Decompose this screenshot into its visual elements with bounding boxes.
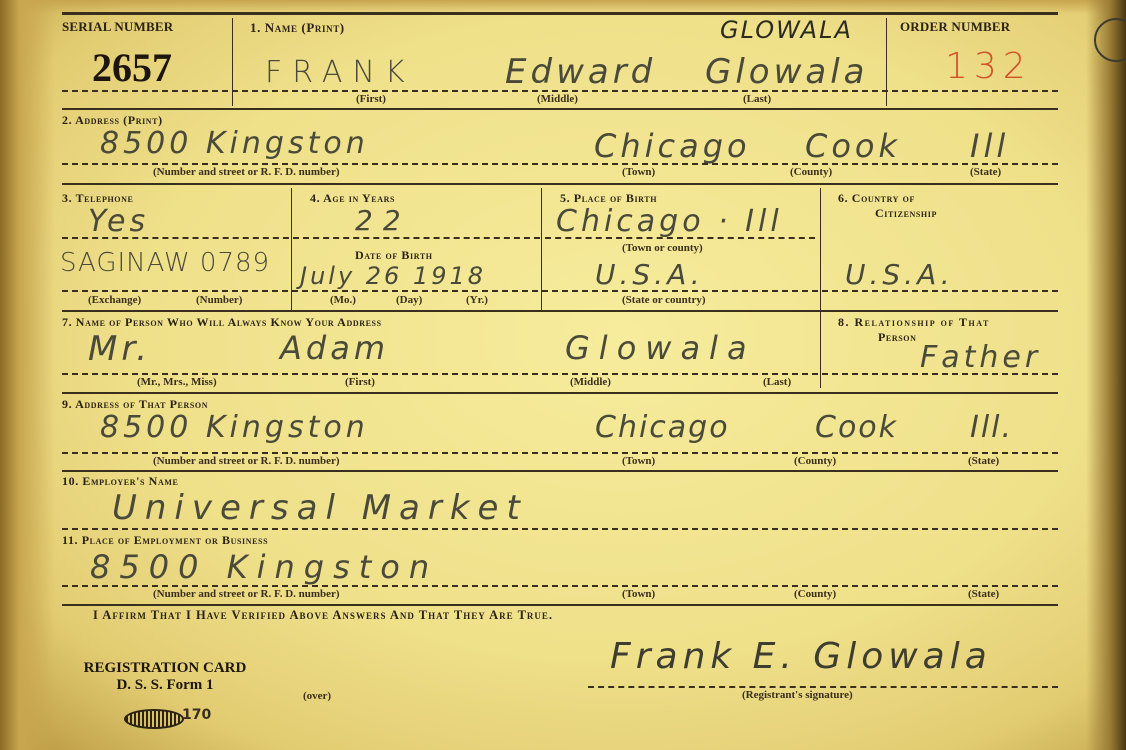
- sub-label: (Town or county): [622, 242, 703, 254]
- top-annotation: GLOWALA: [720, 16, 853, 44]
- order-number: 132: [945, 46, 1032, 87]
- name-middle: Edward: [505, 52, 656, 92]
- sub-label: (Town): [622, 166, 655, 178]
- name-first: FRANK: [265, 55, 415, 90]
- paper-edge-left: [0, 0, 55, 750]
- age-value: 22: [355, 204, 411, 237]
- form-title-line-1: REGISTRATION CARD: [62, 660, 268, 677]
- serial-number-label: SERIAL NUMBER: [62, 19, 173, 35]
- contact-address-street: 8500 Kingston: [100, 410, 369, 445]
- dob-label: Date of Birth: [355, 248, 433, 263]
- sub-label: (Last): [743, 93, 771, 105]
- printer-seal-icon: [124, 709, 184, 729]
- form-title-line-2: D. S. S. Form 1: [62, 677, 268, 694]
- fill-line: [62, 90, 1058, 92]
- sub-label: (Yr.): [466, 294, 488, 306]
- contact-person-label: 7. Name of Person Who Will Always Know Y…: [62, 315, 382, 330]
- sub-label: (State or country): [622, 294, 706, 306]
- section-rule: [62, 604, 1058, 606]
- affirmation-text: I Affirm That I Have Verified Above Answ…: [93, 608, 553, 623]
- contact-first: Adam: [280, 329, 389, 367]
- sub-label: (First): [356, 93, 386, 105]
- section-rule: [62, 310, 1058, 312]
- section-rule: [62, 392, 1058, 394]
- section-rule: [62, 108, 1058, 110]
- sub-label: (Exchange): [88, 294, 141, 306]
- relationship-value: Father: [920, 340, 1041, 375]
- sub-label: (First): [345, 376, 375, 388]
- sub-label: (State): [968, 455, 999, 467]
- sub-label: (Mo.): [330, 294, 356, 306]
- sub-label: (Number and street or R. F. D. number): [153, 455, 340, 467]
- relationship-label-2: Person: [878, 330, 917, 345]
- relationship-label-1: 8. Relationship of That: [838, 315, 990, 330]
- sub-label: (Number and street or R. F. D. number): [153, 588, 340, 600]
- registrant-signature: Frank E. Glowala: [610, 636, 992, 677]
- section-rule: [62, 183, 1058, 185]
- address-state: Ill: [970, 127, 1009, 165]
- sub-label: (Middle): [570, 376, 611, 388]
- sub-label: (Mr., Mrs., Miss): [137, 376, 217, 388]
- fill-line: [62, 373, 1058, 375]
- telephone-value: Yes: [88, 204, 149, 239]
- birthplace-state: U.S.A.: [595, 258, 704, 291]
- citizenship-label-2: Citizenship: [875, 206, 937, 221]
- sub-label: (County): [790, 166, 832, 178]
- sub-label: (Number): [196, 294, 242, 306]
- employer-value: Universal Market: [112, 488, 528, 528]
- birthplace-town: Chicago · Ill: [556, 204, 783, 239]
- contact-address-state: Ill.: [970, 410, 1013, 445]
- sub-label: (County): [794, 455, 836, 467]
- over-label: (over): [303, 690, 331, 702]
- signature-sub-label: (Registrant's signature): [742, 689, 853, 701]
- fill-line: [62, 528, 1058, 530]
- sub-label: (State): [968, 588, 999, 600]
- employment-place-street: 8500 Kingston: [90, 548, 438, 586]
- citizenship-value: U.S.A.: [845, 258, 954, 291]
- fill-line: [62, 452, 1058, 454]
- section-rule: [62, 470, 1058, 472]
- contact-middle: Glowala: [565, 329, 756, 367]
- serial-number: 2657: [92, 44, 172, 91]
- order-number-label: ORDER NUMBER: [900, 19, 1010, 35]
- print-code: 170: [182, 707, 211, 723]
- divider: [886, 18, 887, 106]
- dob-value: July 26 1918: [300, 262, 486, 290]
- divider: [820, 312, 821, 388]
- fill-line: [62, 585, 1058, 587]
- contact-address-county: Cook: [815, 410, 898, 445]
- sub-label: (Town): [622, 455, 655, 467]
- sub-label: (Middle): [537, 93, 578, 105]
- sub-label: (Number and street or R. F. D. number): [153, 166, 340, 178]
- signature-line: [588, 686, 1058, 688]
- address-town: Chicago: [594, 127, 751, 165]
- sub-label: (State): [970, 166, 1001, 178]
- employer-label: 10. Employer's Name: [62, 474, 178, 489]
- sub-label: (Day): [396, 294, 422, 306]
- name-label: 1. Name (Print): [250, 20, 345, 36]
- fill-line: [62, 290, 1058, 292]
- contact-address-town: Chicago: [595, 410, 730, 445]
- contact-title: Mr.: [88, 329, 151, 369]
- sub-label: (Last): [763, 376, 791, 388]
- sub-label: (Town): [622, 588, 655, 600]
- fill-line: [62, 237, 540, 239]
- divider: [232, 18, 233, 106]
- telephone-exchange-number: SAGINAW 0789: [60, 248, 270, 278]
- top-rule: [62, 12, 1058, 15]
- fill-line: [62, 163, 1058, 165]
- address-street: 8500 Kingston: [100, 126, 369, 161]
- name-last: Glowala: [705, 52, 869, 92]
- employment-place-label: 11. Place of Employment or Business: [62, 533, 268, 548]
- sub-label: (County): [794, 588, 836, 600]
- citizenship-label-1: 6. Country of: [838, 191, 915, 206]
- paper-edge-right: [1086, 0, 1126, 750]
- fill-line: [545, 237, 815, 239]
- address-county: Cook: [805, 127, 901, 165]
